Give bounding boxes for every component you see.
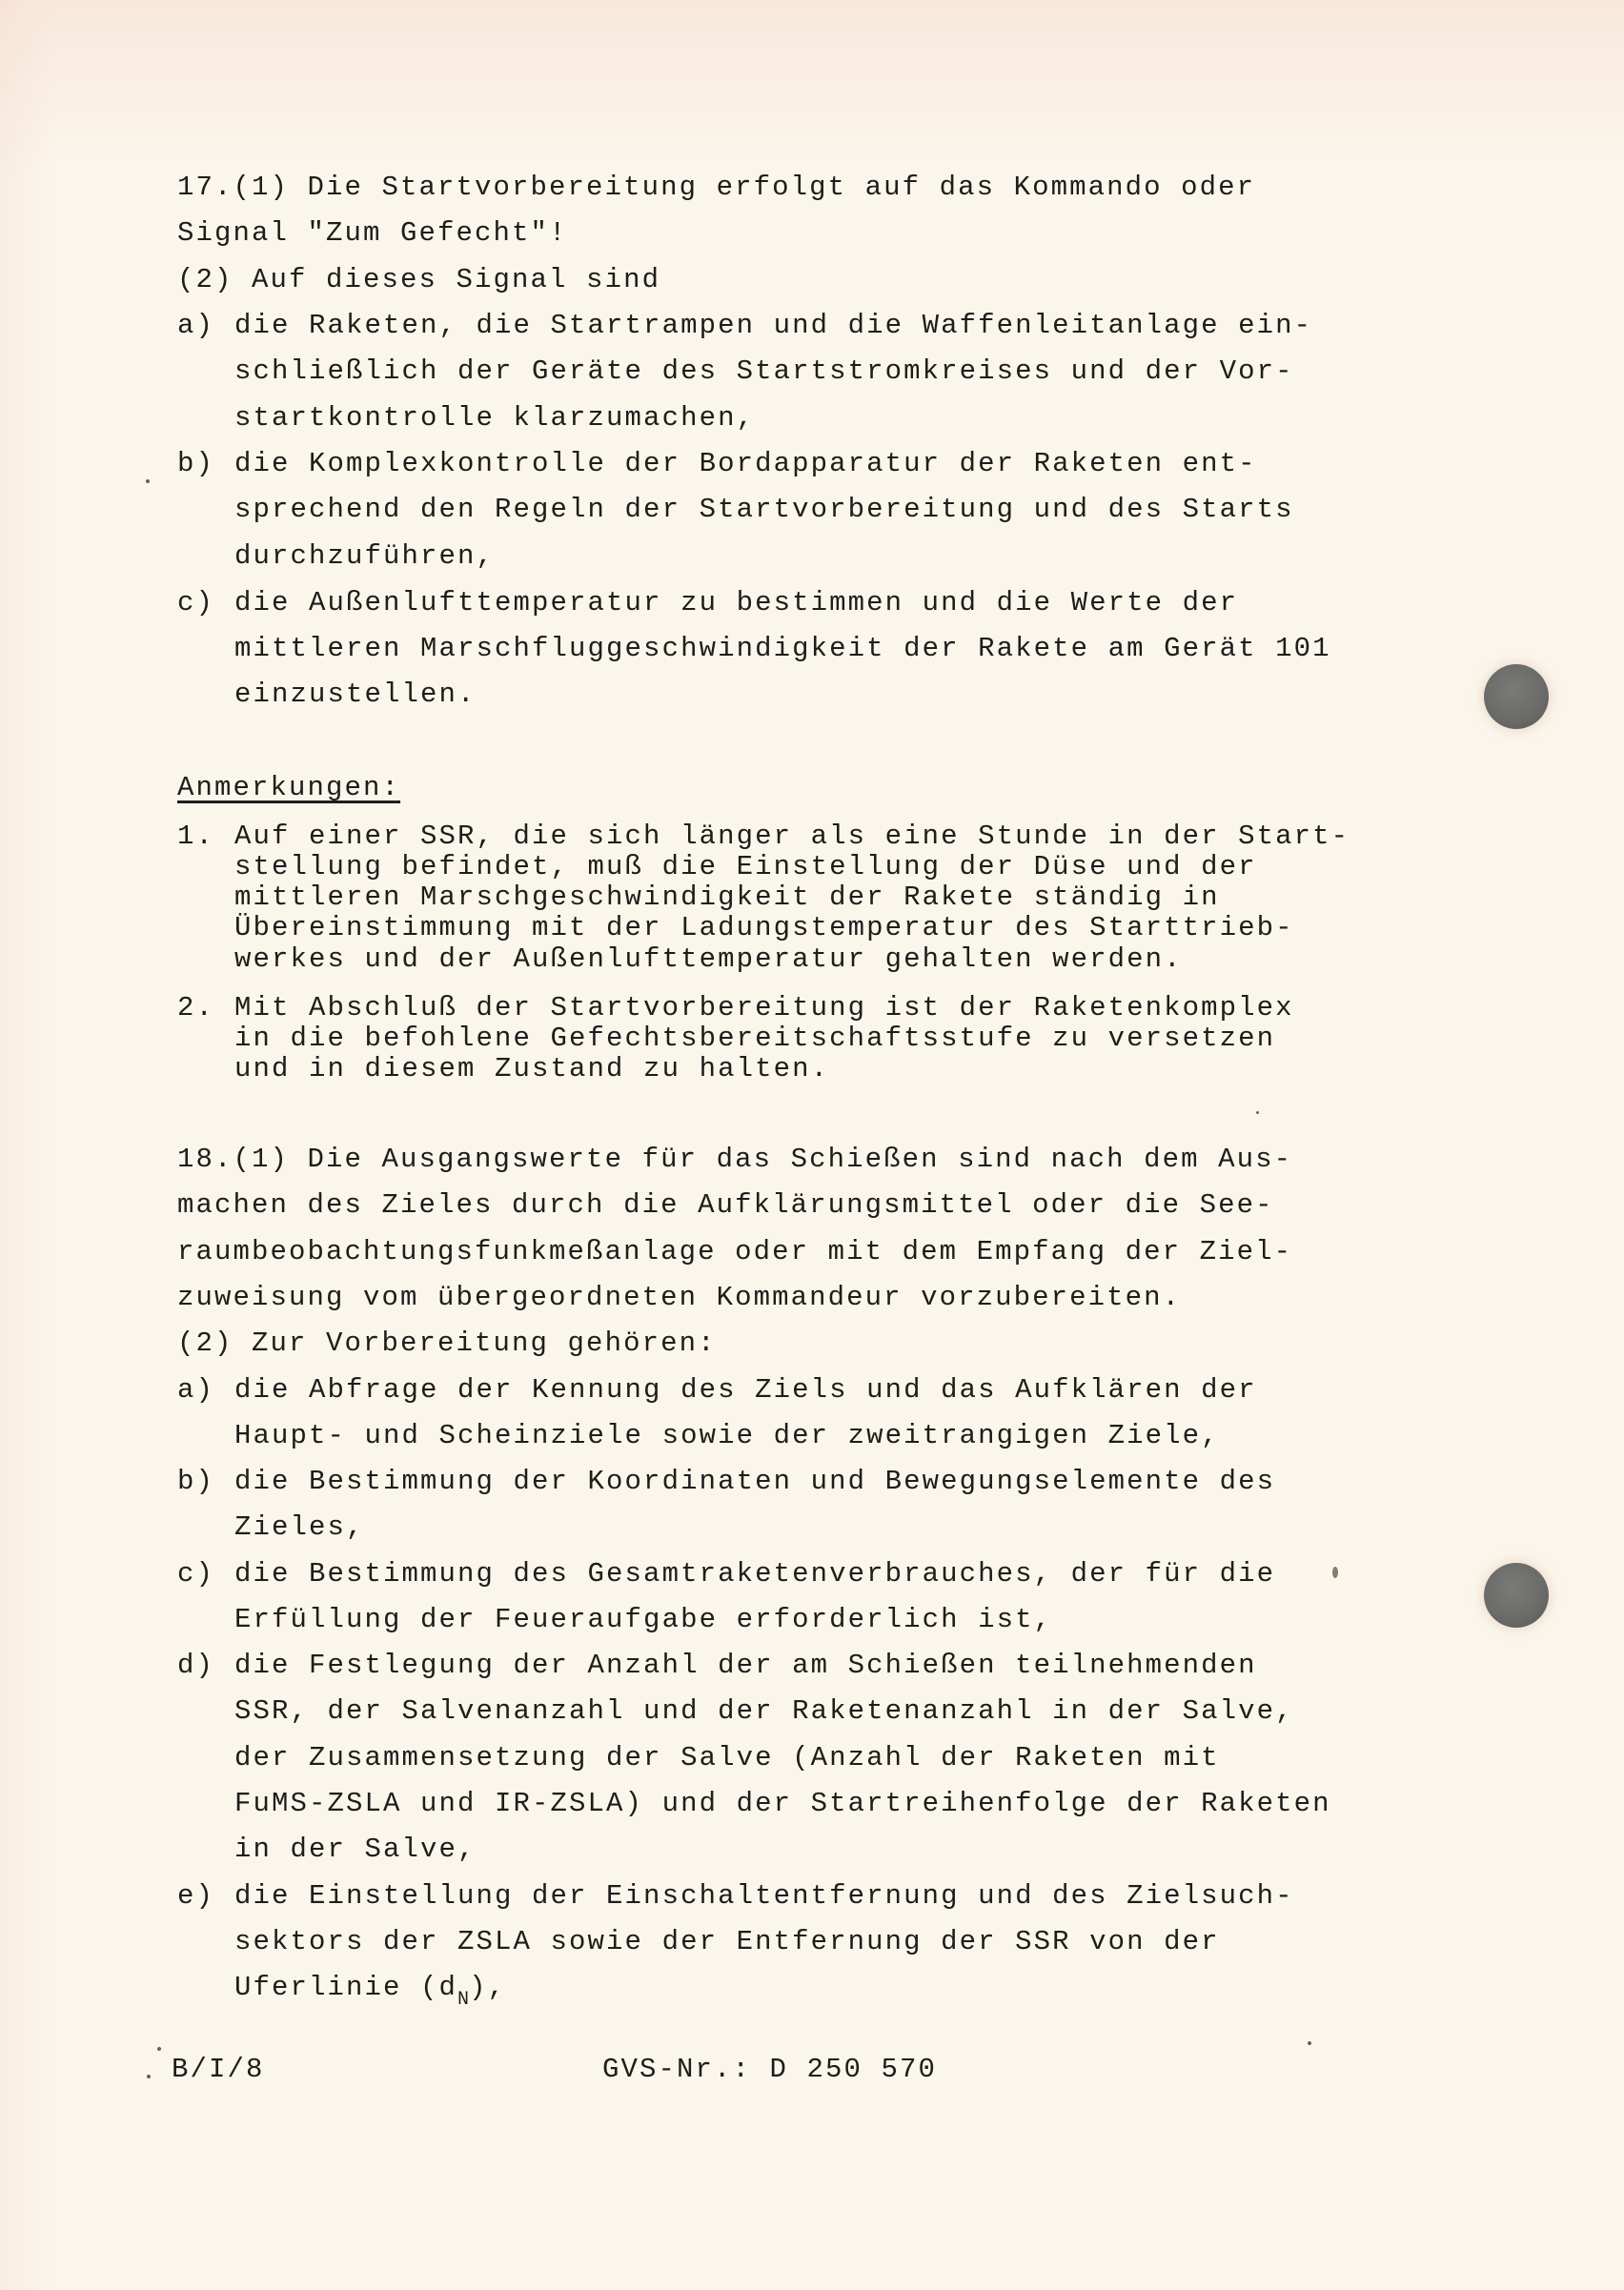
item-line: durchzuführen, [234,540,495,573]
speck-mark [1256,1111,1259,1114]
item-line: sektors der ZSLA sowie der Entfernung de… [234,1926,1220,1958]
note-line: Mit Abschluß der Startvorbereitung ist d… [234,992,1294,1024]
item-line: SSR, der Salvenanzahl und der Raketenanz… [234,1695,1294,1728]
note-line: Übereinstimmung mit der Ladungstemperatu… [234,912,1294,944]
note-label: 1. [177,821,214,853]
speck-mark [146,479,150,483]
item-line: die Komplexkontrolle der Bordapparatur d… [234,448,1257,480]
note-line: stellung befindet, muß die Einstellung d… [234,851,1257,883]
speck-mark [1332,1567,1338,1578]
item-label: e) [177,1880,214,1913]
item-line: die Bestimmung der Koordinaten und Beweg… [234,1466,1275,1498]
item-line: startkontrolle klarzumachen, [234,402,755,435]
item-label: c) [177,1558,214,1591]
item-line: einzustellen. [234,679,477,711]
page-reference: B/I/8 [172,2054,265,2086]
item-line: sprechend den Regeln der Startvorbereitu… [234,494,1294,526]
document-number: GVS-Nr.: D 250 570 [602,2054,937,2086]
note-line: in die befohlene Gefechtsbereitschaftsst… [234,1023,1275,1055]
section-17-line: 17.(1) Die Startvorbereitung erfolgt auf… [177,172,1255,204]
speck-mark [147,2075,151,2078]
speck-mark [1308,2041,1311,2045]
note-line: mittleren Marschgeschwindigkeit der Rake… [234,882,1220,914]
item-line: Uferlinie (dN), [234,1972,506,2016]
punch-hole-icon [1484,664,1549,729]
item-line: Zieles, [234,1511,365,1544]
item-line: schließlich der Geräte des Startstromkre… [234,355,1294,388]
item-line: FuMS-ZSLA und IR-ZSLA) und der Startreih… [234,1788,1331,1820]
item-line: die Abfrage der Kennung des Ziels und da… [234,1374,1257,1407]
item-label: a) [177,1374,214,1407]
item-label: b) [177,448,214,480]
item-line: Erfüllung der Feueraufgabe erforderlich … [234,1604,1052,1636]
note-line: Auf einer SSR, die sich länger als eine … [234,821,1350,853]
section-17-line: Signal "Zum Gefecht"! [177,217,568,250]
item-line: die Raketen, die Startrampen und die Waf… [234,310,1312,342]
item-line: die Bestimmung des Gesamtraketenverbrauc… [234,1558,1275,1591]
item-label: c) [177,587,214,619]
item-line: Haupt- und Scheinziele sowie der zweitra… [234,1420,1220,1452]
note-line: und in diesem Zustand zu halten. [234,1053,829,1085]
item-line: die Außenlufttemperatur zu bestimmen und… [234,587,1238,619]
subscript: N [457,1989,469,2011]
section-17-line: (2) Auf dieses Signal sind [177,264,660,296]
item-line-tail: ), [469,1972,506,2003]
section-18-line: raumbeobachtungsfunkmeßanlage oder mit d… [177,1236,1292,1268]
item-line: der Zusammensetzung der Salve (Anzahl de… [234,1742,1220,1774]
note-label: 2. [177,992,214,1024]
section-18-line: zuweisung vom übergeordneten Kommandeur … [177,1282,1181,1314]
item-line: in der Salve, [234,1834,477,1866]
item-line: die Einstellung der Einschaltentfernung … [234,1880,1294,1913]
item-label: b) [177,1466,214,1498]
item-line: mittleren Marschfluggeschwindigkeit der … [234,633,1331,665]
notes-heading: Anmerkungen: [177,772,400,804]
section-18-line: 18.(1) Die Ausgangswerte für das Schieße… [177,1144,1292,1176]
item-label: a) [177,310,214,342]
punch-hole-icon [1484,1563,1549,1628]
item-label: d) [177,1650,214,1682]
speck-mark [157,2047,161,2051]
section-18-line: (2) Zur Vorbereitung gehören: [177,1327,717,1360]
note-line: werkes und der Außenlufttemperatur gehal… [234,943,1183,976]
section-18-line: machen des Zieles durch die Aufklärungsm… [177,1189,1274,1222]
document-page: 17.(1) Die Startvorbereitung erfolgt auf… [0,0,1624,2290]
item-line-text: Uferlinie (d [234,1972,457,2003]
item-line: die Festlegung der Anzahl der am Schieße… [234,1650,1257,1682]
